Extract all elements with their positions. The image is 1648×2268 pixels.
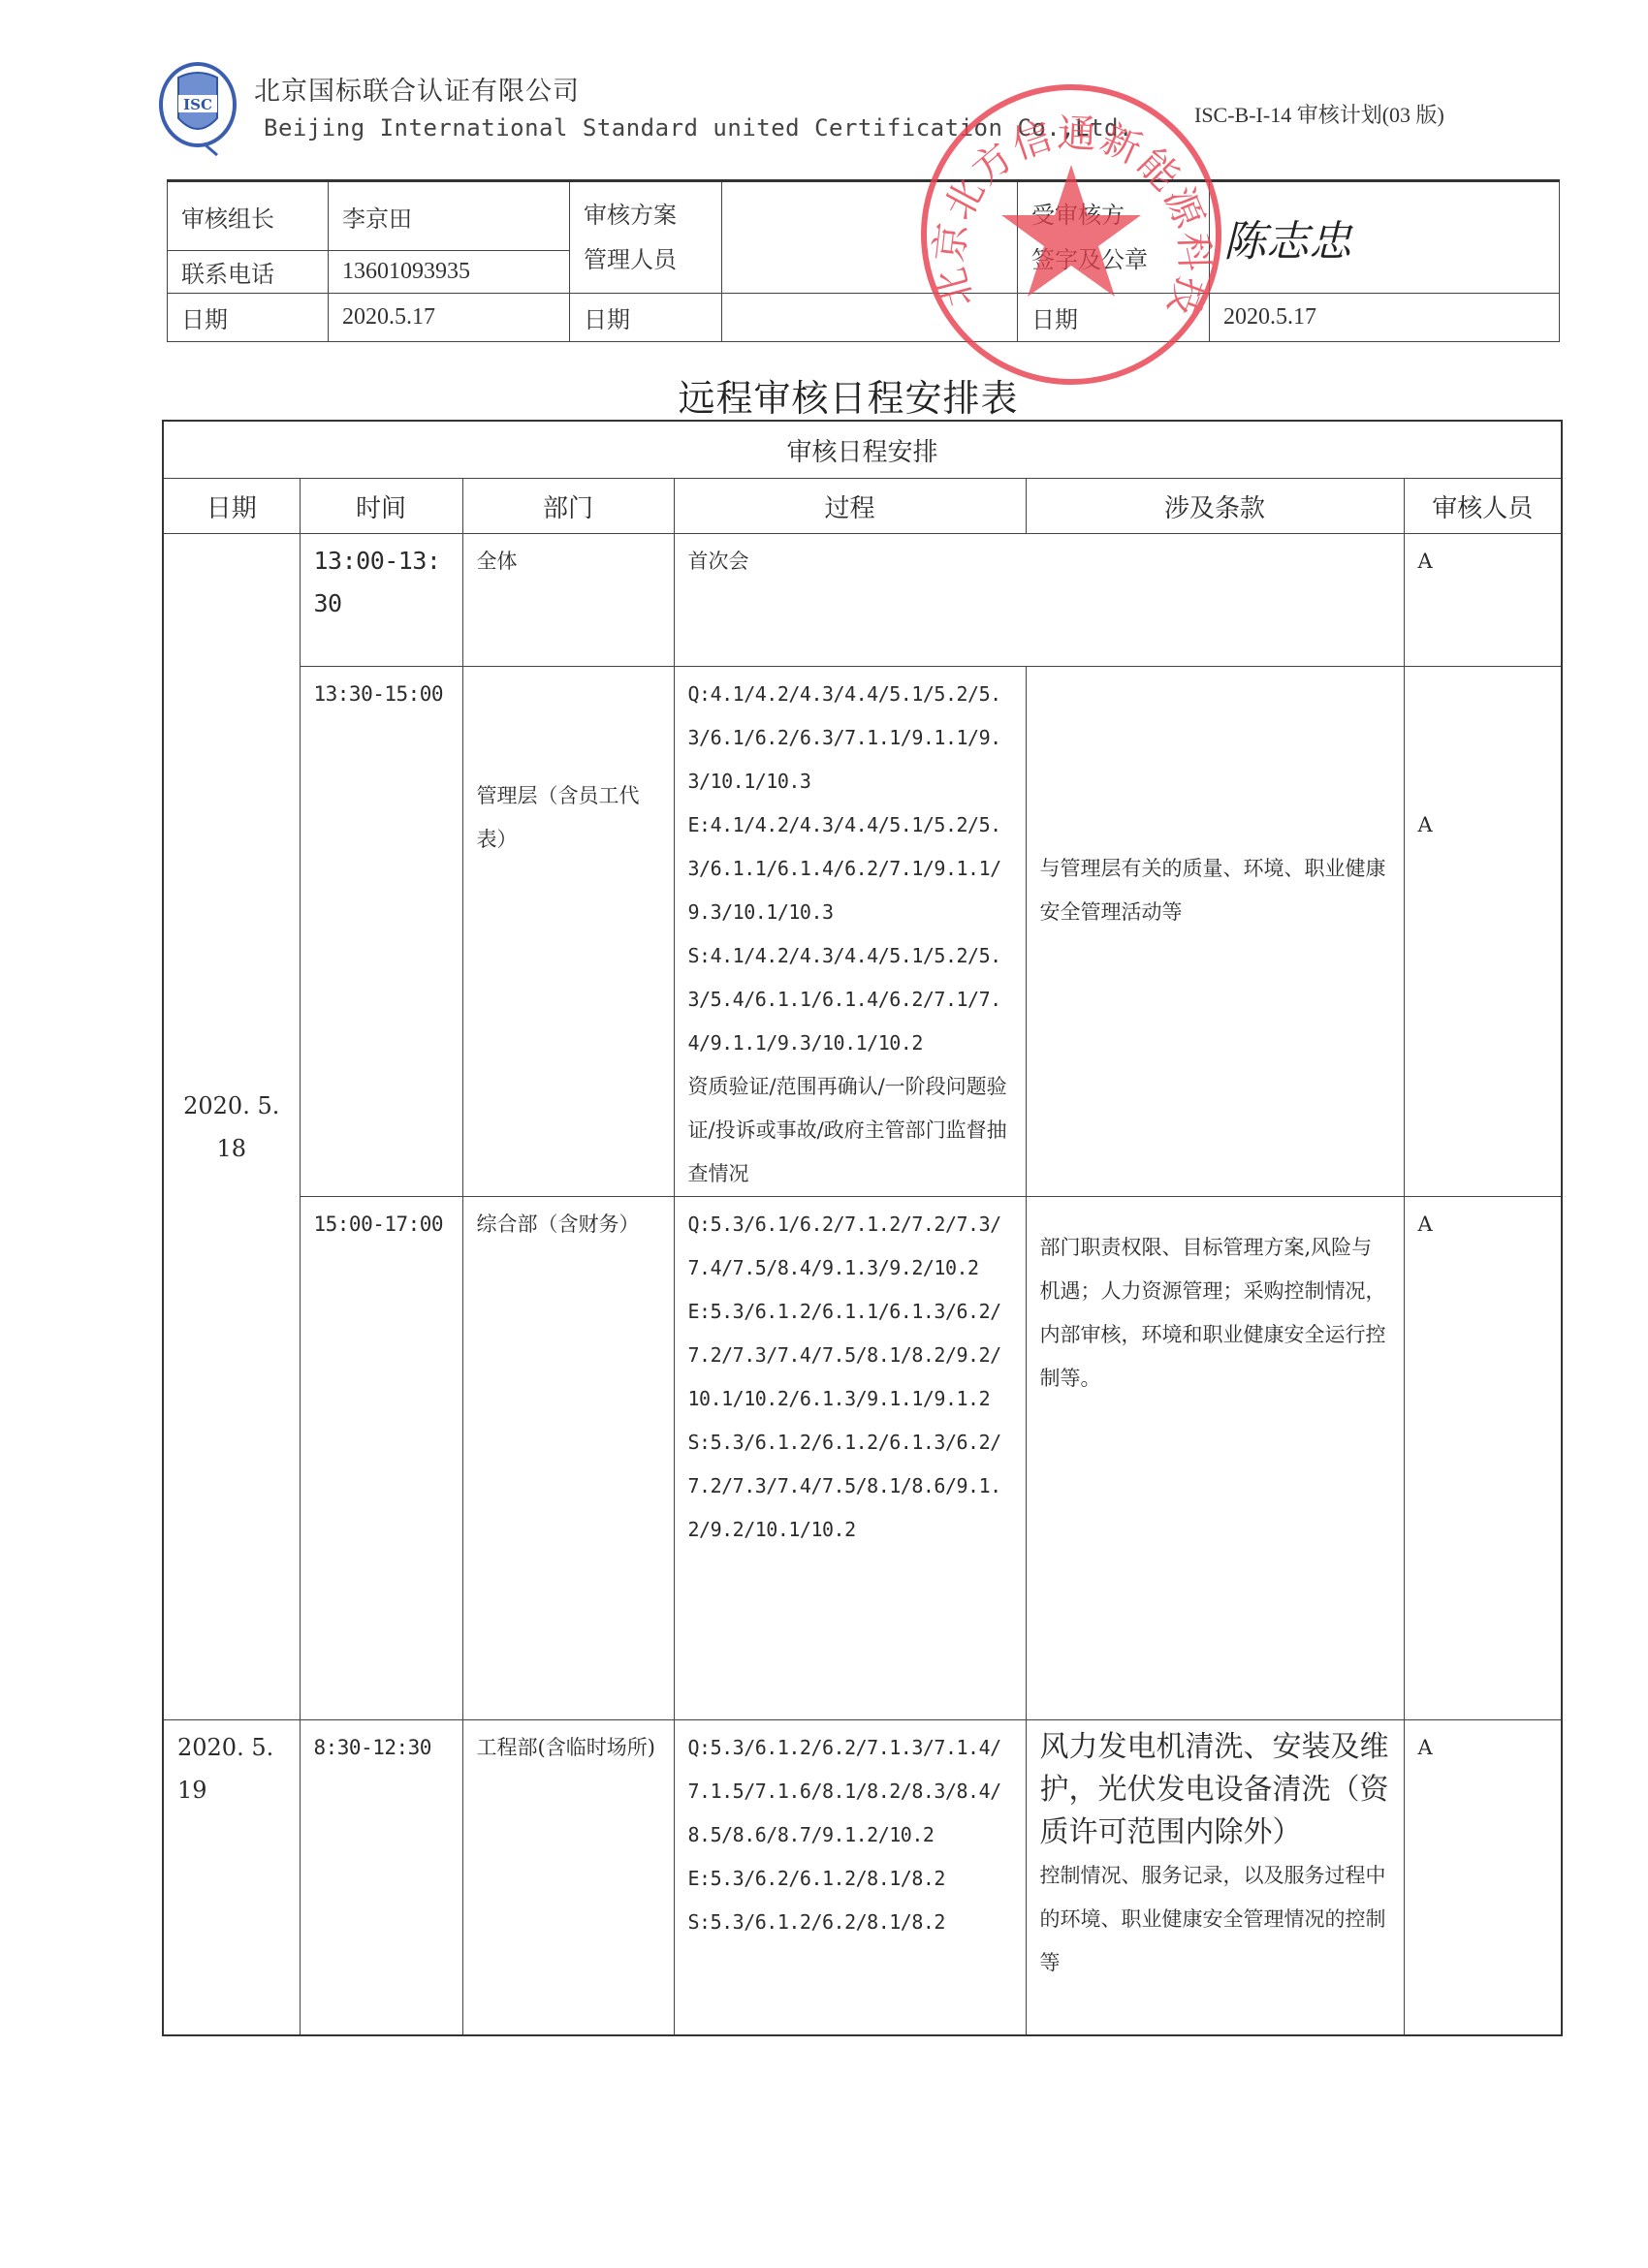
auditee-date-label: 日期 (1018, 294, 1210, 342)
program-manager-label-line1: 审核方案 (584, 193, 708, 237)
process-s: S:5.3/6.1.2/6.1.2/6.1.3/6.2/7.2/7.3/7.4/… (688, 1421, 1012, 1552)
department-cell: 管理层（含员工代表） (462, 667, 674, 1197)
table-row: 15:00-17:00 综合部（含财务） Q:5.3/6.1/6.2/7.1.2… (163, 1197, 1562, 1720)
column-header-process: 过程 (674, 479, 1026, 534)
schedule-title: 远程审核日程安排表 (0, 368, 1648, 422)
process-cell: Q:5.3/6.1.2/6.2/7.1.3/7.1.4/7.1.5/7.1.6/… (674, 1720, 1026, 2035)
process-q: Q:5.3/6.1.2/6.2/7.1.3/7.1.4/7.1.5/7.1.6/… (688, 1726, 1012, 1857)
column-header-clauses: 涉及条款 (1026, 479, 1404, 534)
process-e: E:5.3/6.2/6.1.2/8.1/8.2 (688, 1857, 1012, 1901)
leader-label: 审核组长 (168, 181, 329, 251)
table-row: 2020. 5. 18 13:00-13:30 全体 首次会 A (163, 534, 1562, 667)
phone-label: 联系电话 (168, 251, 329, 294)
process-cell: Q:5.3/6.1/6.2/7.1.2/7.2/7.3/7.4/7.5/8.4/… (674, 1197, 1026, 1720)
process-q: Q:4.1/4.2/4.3/4.4/5.1/5.2/5.3/6.1/6.2/6.… (688, 673, 1012, 803)
time-cell: 8:30-12:30 (300, 1720, 462, 2035)
column-header-time: 时间 (300, 479, 462, 534)
process-s: S:4.1/4.2/4.3/4.4/5.1/5.2/5.3/5.4/6.1.1/… (688, 934, 1012, 1065)
department-cell: 综合部（含财务） (462, 1197, 674, 1720)
table-row: 13:30-15:00 管理层（含员工代表） Q:4.1/4.2/4.3/4.4… (163, 667, 1562, 1197)
process-q: Q:5.3/6.1/6.2/7.1.2/7.2/7.3/7.4/7.5/8.4/… (688, 1203, 1012, 1290)
auditee-signature: 陈志忠 (1210, 181, 1560, 294)
clauses-text: 控制情况、服务记录，以及服务过程中的环境、职业健康安全管理情况的控制等 (1040, 1854, 1390, 1985)
phone-value: 13601093935 (329, 251, 570, 294)
program-manager-label: 审核方案 管理人员 (570, 181, 722, 294)
time-cell: 13:30-15:00 (300, 667, 462, 1197)
leader-value: 李京田 (329, 181, 570, 251)
clauses-cell: 与管理层有关的质量、环境、职业健康安全管理活动等 (1026, 667, 1404, 1197)
date-label: 日期 (168, 294, 329, 342)
auditor-cell: A (1404, 1197, 1562, 1720)
process-e: E:4.1/4.2/4.3/4.4/5.1/5.2/5.3/6.1.1/6.1.… (688, 803, 1012, 934)
column-header-department: 部门 (462, 479, 674, 534)
program-manager-value (722, 181, 1018, 294)
audit-schedule-table: 审核日程安排 日期 时间 部门 过程 涉及条款 审核人员 2020. 5. 18… (162, 420, 1563, 2036)
date-value: 2020.5.17 (329, 294, 570, 342)
schedule-caption: 审核日程安排 (163, 421, 1562, 479)
department-cell: 全体 (462, 534, 674, 667)
auditor-text: A (1418, 803, 1548, 847)
time-cell: 15:00-17:00 (300, 1197, 462, 1720)
program-manager-label-line2: 管理人员 (584, 237, 708, 282)
program-date-value (722, 294, 1018, 342)
department-cell: 工程部(含临时场所) (462, 1720, 674, 2035)
auditee-signature-label: 受审核方 签字及公章 (1018, 181, 1210, 294)
date-cell: 2020. 5. 19 (163, 1720, 300, 2035)
clauses-scope-text: 风力发电机清洗、安装及维护，光伏发电设备清洗（资质许可范围内除外） (1040, 1726, 1390, 1854)
column-header-date: 日期 (163, 479, 300, 534)
clauses-cell: 部门职责权限、目标管理方案,风险与机遇；人力资源管理；采购控制情况，内部审核，环… (1026, 1197, 1404, 1720)
process-cell: 首次会 (674, 534, 1404, 667)
process-note: 资质验证/范围再确认/一阶段问题验证/投诉或事故/政府主管部门监督抽查情况 (688, 1065, 1012, 1196)
clauses-text: 部门职责权限、目标管理方案,风险与机遇；人力资源管理；采购控制情况，内部审核，环… (1040, 1226, 1390, 1401)
auditee-label-line1: 受审核方 (1031, 193, 1195, 237)
auditor-cell: A (1404, 534, 1562, 667)
auditor-cell: A (1404, 667, 1562, 1197)
process-cell: Q:4.1/4.2/4.3/4.4/5.1/5.2/5.3/6.1/6.2/6.… (674, 667, 1026, 1197)
clauses-cell: 风力发电机清洗、安装及维护，光伏发电设备清洗（资质许可范围内除外） 控制情况、服… (1026, 1720, 1404, 2035)
svg-text:ISC: ISC (183, 96, 212, 113)
process-e: E:5.3/6.1.2/6.1.1/6.1.3/6.2/7.2/7.3/7.4/… (688, 1290, 1012, 1421)
department-text: 管理层（含员工代表） (477, 774, 660, 862)
document-code: ISC-B-I-14 审核计划(03 版) (1194, 99, 1444, 129)
auditee-label-line2: 签字及公章 (1031, 237, 1195, 282)
clauses-text: 与管理层有关的质量、环境、职业健康安全管理活动等 (1040, 847, 1390, 934)
column-header-auditor: 审核人员 (1404, 479, 1562, 534)
audit-info-table: 审核组长 李京田 审核方案 管理人员 受审核方 签字及公章 陈志忠 联系电话 1… (167, 179, 1560, 342)
process-s: S:5.3/6.1.2/6.2/8.1/8.2 (688, 1901, 1012, 1944)
isc-logo: ISC (157, 60, 242, 157)
company-name-en: Beijing International Standard united Ce… (264, 114, 1133, 142)
company-name-cn: 北京国标联合认证有限公司 (254, 70, 580, 108)
auditor-cell: A (1404, 1720, 1562, 2035)
table-row: 2020. 5. 19 8:30-12:30 工程部(含临时场所) Q:5.3/… (163, 1720, 1562, 2035)
auditee-date-value: 2020.5.17 (1210, 294, 1560, 342)
spacer (477, 716, 660, 774)
date-cell: 2020. 5. 18 (163, 534, 300, 1720)
time-cell: 13:00-13:30 (300, 534, 462, 667)
program-date-label: 日期 (570, 294, 722, 342)
